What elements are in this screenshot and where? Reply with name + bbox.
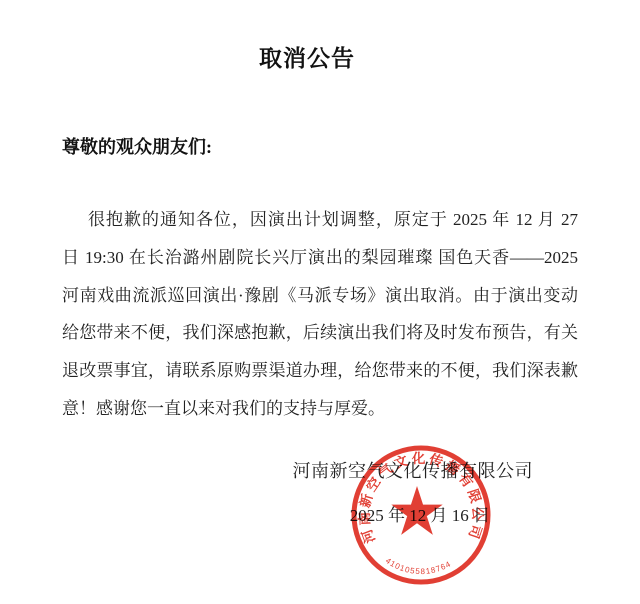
seal-serial-number: 4101055818764 xyxy=(384,556,453,576)
cancellation-notice-document: 取消公告 尊敬的观众朋友们: 很抱歉的通知各位，因演出计划调整，原定于 2025… xyxy=(0,0,640,604)
body-line: 给您带来不便，我们深感抱歉，后续演出我们将及时发布预告，有关 xyxy=(62,314,578,352)
signature-company-name: 河南新空气文化传播有限公司 xyxy=(293,457,534,483)
body-line: 很抱歉的通知各位，因演出计划调整，原定于 2025 年 12 月 27 xyxy=(62,201,578,239)
document-title: 取消公告 xyxy=(0,40,614,73)
body-line: 退改票事宜，请联系原购票渠道办理，给您带来的不便，我们深表歉 xyxy=(62,352,578,390)
body-line: 河南戏曲流派巡回演出·豫剧《马派专场》演出取消。由于演出变动 xyxy=(62,277,578,315)
body-line: 意！感谢您一直以来对我们的支持与厚爱。 xyxy=(62,390,578,428)
body-line: 日 19:30 在长治潞州剧院长兴厅演出的梨园璀璨 国色天香——2025 xyxy=(62,239,578,277)
notice-body-paragraph: 很抱歉的通知各位，因演出计划调整，原定于 2025 年 12 月 27 日 19… xyxy=(62,201,578,428)
signature-date: 2025 年 12 月 16 日 xyxy=(350,501,490,526)
salutation-line: 尊敬的观众朋友们: xyxy=(62,133,212,159)
